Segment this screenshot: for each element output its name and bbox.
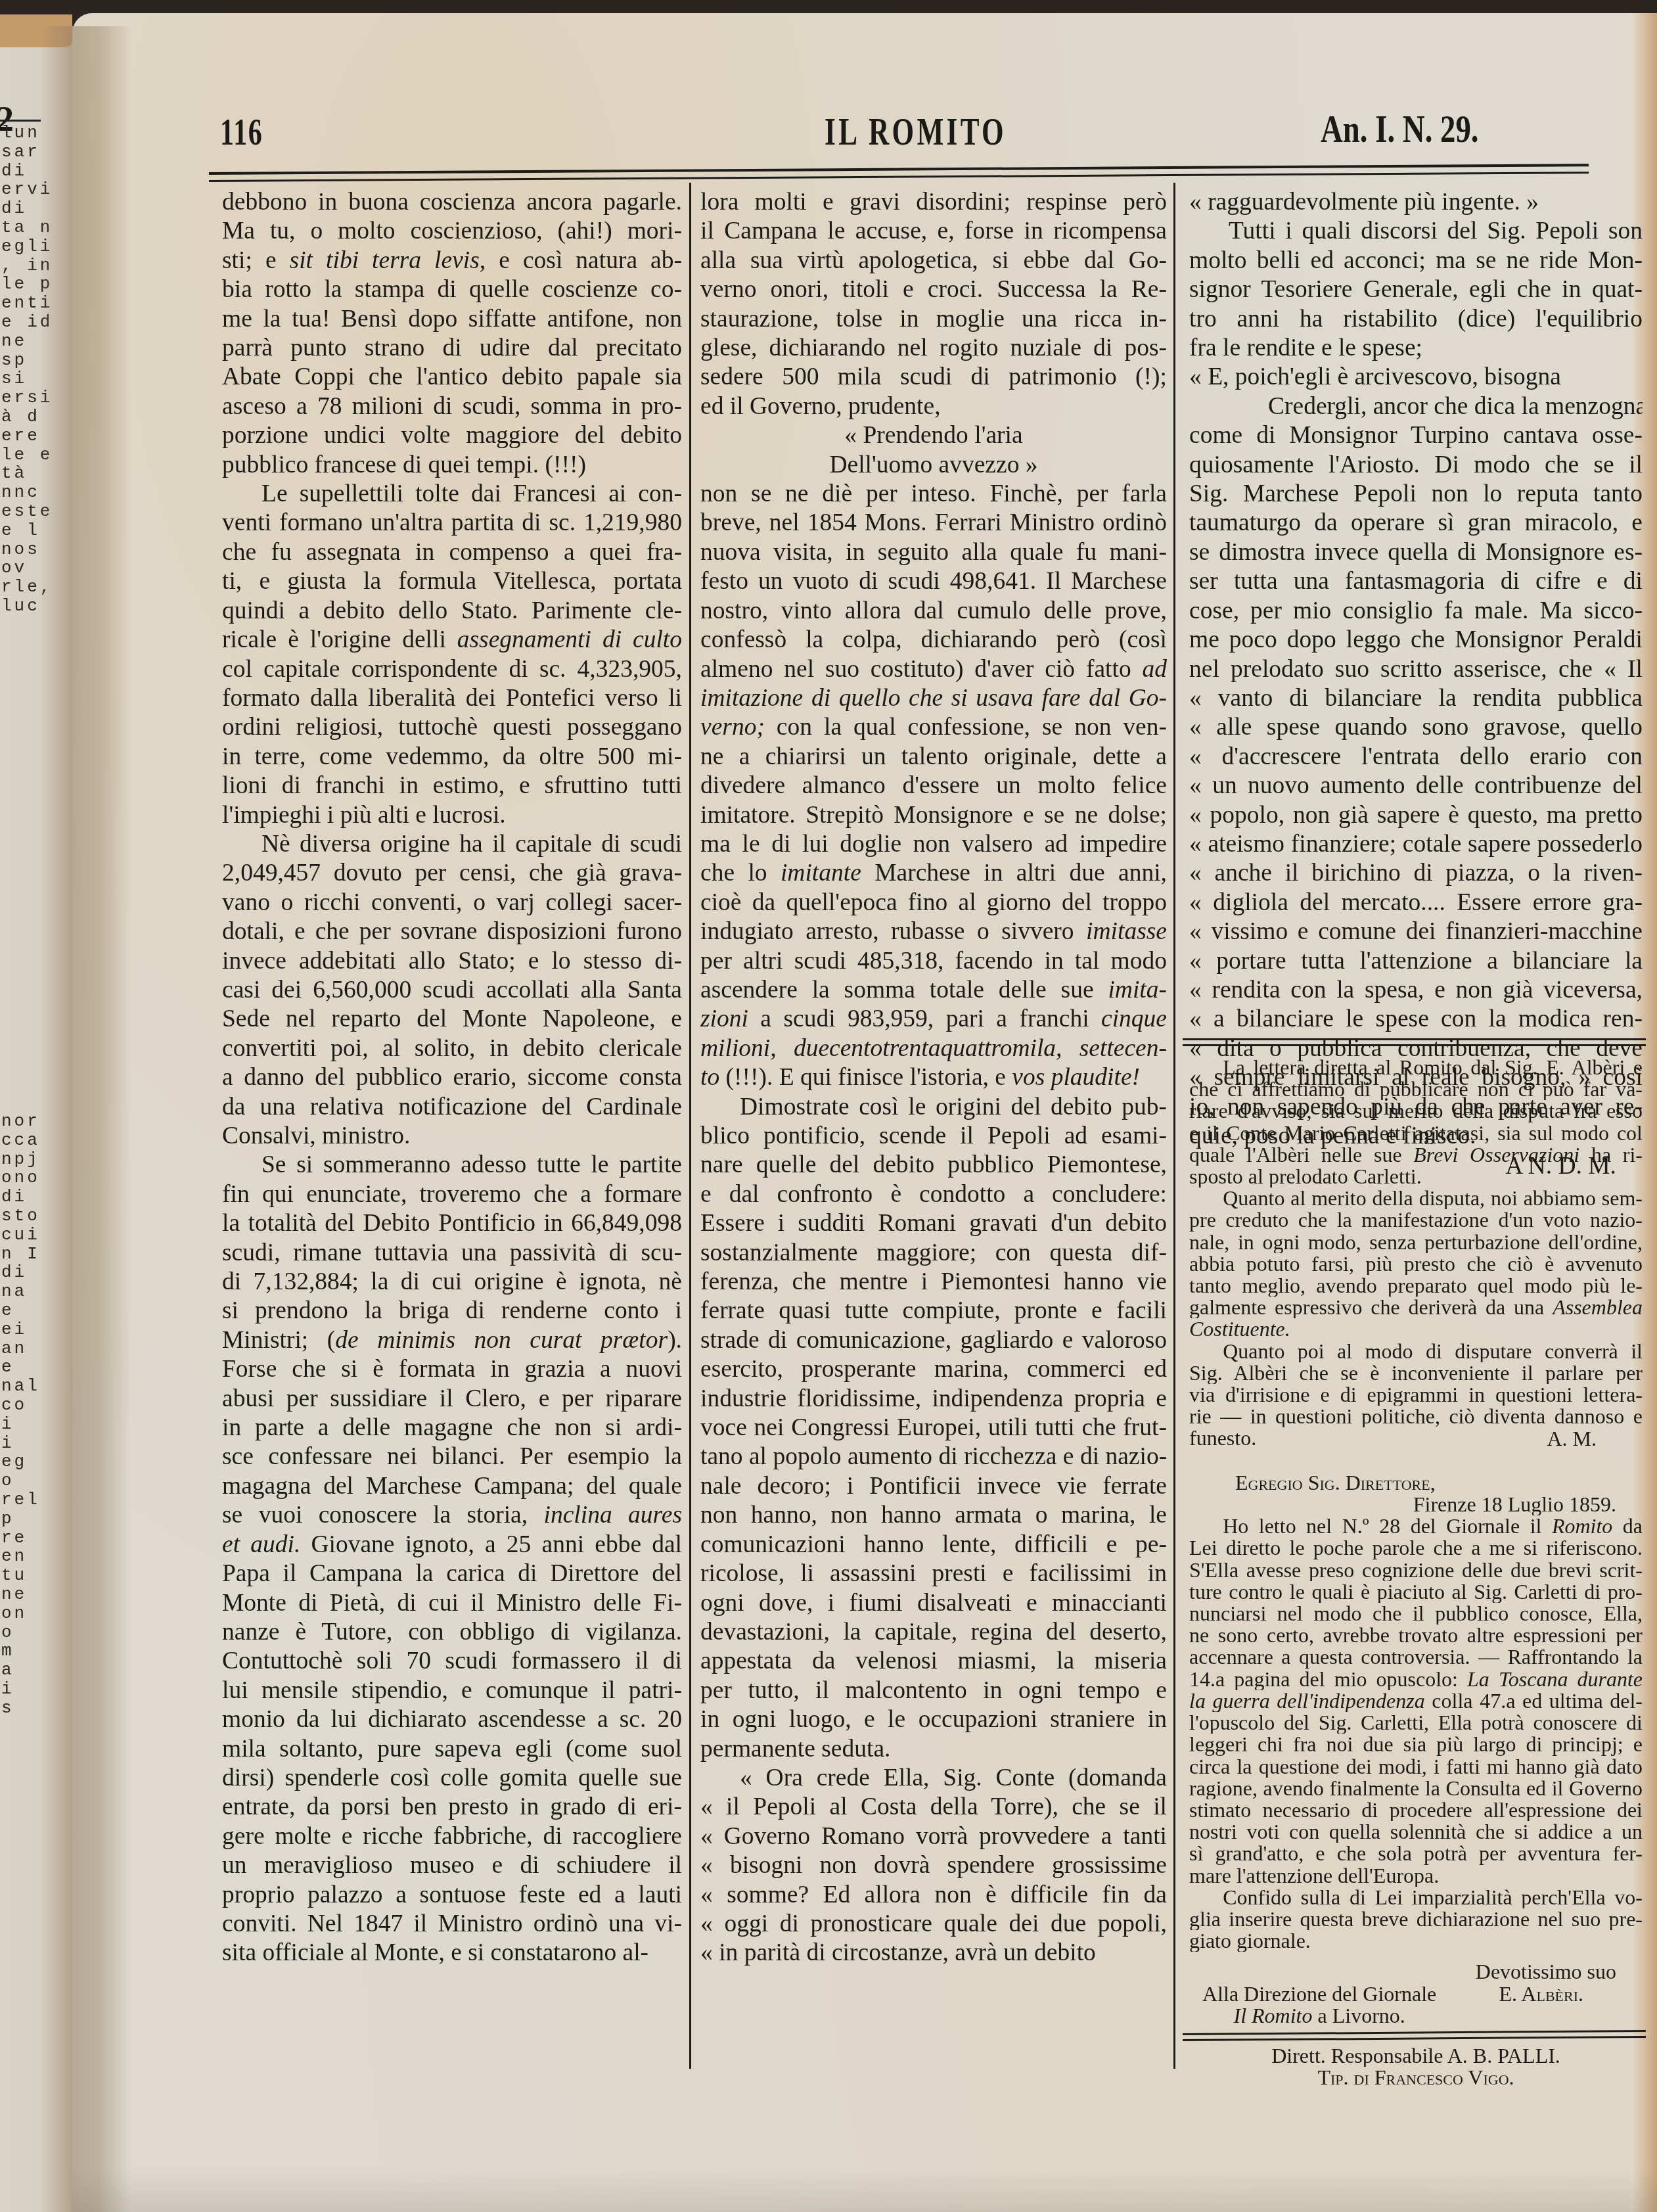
text-line: circa la questione dei modi, i fatti mi … [1189,1756,1643,1778]
text-line: ogni dove, i fiumi disalveati e minaccia… [700,1589,1167,1618]
text: a scudi 983,959, pari a franchi [748,1005,1101,1032]
text: Contuttochè soli 70 scudi formassero il … [222,1647,682,1674]
text-line: confessò la colpa, dichiarando però (cos… [700,626,1167,655]
text: sedere 500 mila scudi di patrimonio (!); [700,363,1167,390]
text: indugiato arresto, rubasse o sivvero [700,918,1086,945]
text: che lo [700,860,781,887]
text: galmente espressivo che deriverà da una [1189,1297,1553,1318]
text: « in parità di circostanze, avrà un debi… [700,1939,1096,1966]
text-line: strade di comunicazione, gagliardo e val… [700,1326,1167,1355]
text: tano al popolo aumento di ricchezza e di… [700,1443,1167,1470]
text: tanto meglio, avendo preparato quel modo… [1189,1275,1643,1297]
text: via d'irrisione e di epigrammi in questi… [1189,1384,1643,1406]
address-line-2: Il Romito a Livorno. [1202,2005,1436,2027]
text: che fu assegnata in compenso a quei fra- [222,539,682,566]
text: mare l'attenzione dell'Europa. [1189,1865,1439,1887]
letter-closing: Devotissimo suo [1189,1961,1643,1983]
text: ma le di lui doglie non valsero ad imped… [700,831,1167,858]
text-line: non se ne diè per inteso. Finchè, per fa… [700,480,1167,509]
text: parrà punto strano di udire dal precitat… [222,334,682,361]
text: confessò la colpa, dichiarando però (cos… [700,626,1167,653]
text: esercito, prosperante marina, commerci e… [700,1356,1167,1383]
text-line: come di Monsignor Turpino cantava osse- [1189,421,1643,450]
editorial-signature: A. M. [1189,1428,1643,1450]
text: Papa il Campana la carica di Direttore d… [222,1560,682,1587]
text-line: taumaturgo da operare sì gran miracolo, … [1189,509,1643,538]
text: conviti. Nel 1847 il Ministro ordinò una… [222,1910,682,1937]
text: industrie floridissime, indipendenza pro… [700,1385,1167,1412]
text-line: glese, dichiarando nel rogito nuziale di… [700,334,1167,363]
text-line: « portare tutta l'attenzione a bilanciar… [1189,947,1643,976]
column-right: « ragguardevolmente più ingente. »Tutti … [1189,188,1643,1182]
text: ha ri- [1579,1144,1643,1166]
text: da una relativa notificazione del Cardin… [222,1094,682,1120]
text: Sede nel reparto del Monte Napoleone, e [222,1005,682,1032]
text-line: permanente seduta. [700,1735,1167,1764]
text: in terre, come vedemmo, da oltre 500 mi- [222,743,682,770]
text-line: entrate, da porsi ben presto in grado di… [222,1793,682,1822]
text: sostanzialmente maggiore; con questa dif… [700,1239,1167,1266]
italic-text: inclina aures [544,1502,682,1529]
text: cose, per mio consiglio fa male. Ma sicc… [1189,597,1643,624]
text-line: ture contro le quali è piaciuto al Sig. … [1189,1581,1643,1603]
text: entrate, da porsi ben presto in grado di… [222,1793,682,1820]
text: Giovane ignoto, a 25 anni ebbe dal [300,1531,682,1558]
text-line: Lei diretto le poche parole che a me si … [1189,1537,1643,1559]
text-line: « Ora crede Ella, Sig. Conte (domanda [700,1764,1167,1793]
letter-address: Alla Direzione del Giornale Il Romito a … [1202,1983,1436,2027]
text: nare quelle del debito pubblico Piemonte… [700,1151,1167,1178]
text-line: dotali, e che per sovrane disposizioni f… [222,917,682,946]
text-line: sce confessare nei bilanci. Per esempio … [222,1442,682,1471]
italic-text: la guerra dell'indipendenza [1189,1690,1425,1712]
text: nanze è Tutore, con obbligo di vigilanza… [222,1619,682,1646]
text: « digliola del mercato.... Essere errore… [1189,889,1643,916]
text: « alle spese quando sono gravose, quello [1189,714,1643,741]
text-line: ragione, avendo finalmente la Consulta e… [1189,1778,1643,1799]
italic-text: milioni, duecentotrentaquattromila, sett… [700,1035,1167,1062]
text: colla 47.a ed ultima del- [1425,1690,1643,1712]
text-line: asceso a 78 milioni di scudi, somma in p… [222,392,682,421]
text-line: « il Pepoli al Costa della Torre), che s… [700,1793,1167,1822]
text-line: pubblico francese di quei tempi. (!!!) [222,451,682,480]
italic-text: ad [1143,656,1168,683]
text: « Ora crede Ella, Sig. Conte (domanda [740,1764,1167,1791]
letter-dateline: Firenze 18 Luglio 1859. [1189,1494,1643,1515]
text: sì grand'atto, e che sola potrà per avve… [1189,1843,1643,1864]
text: porzione undici volte maggiore del debit… [222,422,682,449]
text-line: S'Ella avesse preso cognizione delle due… [1189,1559,1643,1581]
text: sposto al prelodato Carletti. [1189,1166,1422,1187]
text-line: ascendere la somma totale delle sue imit… [700,976,1167,1005]
text: Ho letto nel N.º 28 del Giornale il [1223,1515,1552,1537]
text: venti formano un'altra partita di sc. 1,… [222,509,682,536]
text: che ci affrettiamo di pubblicare non ci … [1189,1078,1643,1100]
text: convertiti poi, al solito, in debito cle… [222,1035,682,1062]
text-line: nunciarsi nel modo che il pubblico conos… [1189,1603,1643,1624]
text: vano o ricchi conventi, o varj collegi s… [222,889,682,916]
text-line: « d'accrescere l'entrata dello erario co… [1189,743,1643,772]
text: ture contro le quali è piaciuto al Sig. … [1189,1581,1643,1603]
text: e dal confronto è condotto a concludere: [700,1181,1167,1208]
text-line: ser tutta una fantasmagoria di cifre e d… [1189,567,1643,596]
text-line: se vuoi conoscere la storia, inclina aur… [222,1501,682,1530]
text-line: et audi. Giovane ignoto, a 25 anni ebbe … [222,1531,682,1559]
text: verno onori, titoli e croci. Successa la… [700,276,1167,303]
text: di 7,132,884; la di cui origine è ignota… [222,1268,682,1295]
text: da [1612,1515,1643,1537]
text: Monte di Pietà, di cui il Ministro delle… [222,1590,682,1617]
text-line: sita officiale al Monte, e si constataro… [222,1939,682,1968]
text-line: breve, nel 1854 Mons. Ferrari Ministro o… [700,509,1167,538]
text: come di Monsignor Turpino cantava osse- [1189,422,1643,449]
text: Forse che si è formata in grazia a nuovi [222,1356,682,1383]
text: « popolo, non già sapere è questo, ma pr… [1189,802,1643,829]
text: stimato necessario di procedere all'espr… [1189,1799,1643,1821]
text: a danno del pubblico erario, siccome con… [222,1064,682,1091]
text-line: lui mensile stipendio, e comunque il pat… [222,1676,682,1705]
text-line: 14.a pagina del mio opuscolo: La Toscana… [1189,1669,1643,1690]
text: proprio palazzo a sontuose feste ed a la… [222,1881,682,1908]
text-line: indugiato arresto, rubasse o sivvero imi… [700,917,1167,946]
text-line: milioni, duecentotrentaquattromila, sett… [700,1034,1167,1063]
text-line: appestata da velenosi miasmi, la miseria [700,1647,1167,1676]
text: giato giornale. [1189,1930,1311,1952]
text-line: cose, per mio consiglio fa male. Ma sicc… [1189,597,1643,626]
text: me la tua! Bensì dopo siffatte antifone,… [222,306,682,333]
text: dirsi) spenderle così colle gomita quell… [222,1764,682,1791]
text: l'opuscolo del Sig. Carletti, Ella potrà… [1189,1712,1643,1734]
text-line: to (!!!). E qui finisce l'istoria, e vos… [700,1063,1167,1092]
text: festo un vuoto di scudi 498,641. Il Marc… [700,568,1167,595]
column-divider [689,183,691,2069]
text: riare d'avviso, sia sul merito della dis… [1189,1100,1643,1122]
text-line: proprio palazzo a sontuose feste ed a la… [222,1881,682,1910]
text: se dimostra invece quella di Monsignore … [1189,539,1643,566]
issue-number: An. I. N. 29. [1321,106,1479,152]
text-line: Sig. Albèri che se è inconveniente il pa… [1189,1362,1643,1384]
text: per tutto, il malcontento in ogni tempo … [700,1677,1167,1704]
text-line: dirsi) spenderle così colle gomita quell… [222,1764,682,1793]
text: « bisogni non dovrà spendere grossissime [700,1852,1167,1879]
text-line: sì grand'atto, e che sola potrà per avve… [1189,1843,1643,1864]
text-line: lora molti e gravi disordini; respinse p… [700,188,1167,217]
text-line: debbono in buona coscienza ancora pagarl… [222,188,682,217]
text-line: ti, e giusta la formula Vitellesca, port… [222,567,682,596]
text: me poco dopo leggo che Monsignor Peraldi [1189,626,1643,653]
text-line: Le supellettili tolte dai Francesi ai co… [222,480,682,509]
letter-footer: Alla Direzione del Giornale Il Romito a … [1189,1983,1643,2027]
text: quindi a debito dello Stato. Parimente c… [222,597,682,624]
text-line: Essere i sudditi Romani gravati d'un deb… [700,1209,1167,1238]
text-line: che lo imitante Marchese in altri due an… [700,859,1167,888]
text-line: verno onori, titoli e croci. Successa la… [700,275,1167,304]
text-line: Se si sommeranno adesso tutte le partite [222,1151,682,1180]
text-line: Monte di Pietà, di cui il Ministro delle… [222,1589,682,1618]
text-line: sti; e sit tibi terra levis, e così natu… [222,246,682,275]
text: permanente seduta. [700,1736,890,1763]
text-line: « vanto di bilanciare la rendita pubblic… [1189,684,1643,713]
text: quale l'Albèri nelle sue [1189,1144,1413,1166]
italic-text: sit tibi terra levis, [290,247,486,274]
text-line: cioè da quell'epoca fino al giorno del t… [700,888,1167,917]
text-line: Abate Coppi che l'antico debito papale s… [222,363,682,392]
text-line: lioni di franchi in estimo, e sfruttino … [222,772,682,800]
text-line: imitazione di quello che si usava fare d… [700,684,1167,713]
text-line: ed il Governo, prudente, [700,392,1167,421]
text-line: Ho letto nel N.º 28 del Giornale il Romi… [1189,1515,1643,1537]
text-line: « in parità di circostanze, avrà un debi… [700,1939,1167,1968]
text: « ateismo finanziere; cotale sapere poss… [1189,831,1643,858]
text-line: se dimostra invece quella di Monsignore … [1189,538,1643,567]
text-line: e dal confronto è condotto a concludere: [700,1180,1167,1209]
text: Ma tu, o molto coscienzioso, (ahi!) mori… [222,218,682,244]
text-line: « ragguardevolmente più ingente. » [1189,188,1643,217]
text-line: Confido sulla di Lei imparzialità perch'… [1189,1887,1643,1908]
text: l'impieghi i più alti e lucrosi. [222,802,506,829]
text: e così natura ab- [486,247,682,274]
text: ser tutta una fantasmagoria di cifre e d… [1189,568,1643,595]
text-line: nostro, vinto allora dal cumulo delle pr… [700,597,1167,626]
text-line: convertiti poi, al solito, in debito cle… [222,1034,682,1063]
text: ordini religiosi, tuttochè questi posseg… [222,714,682,741]
text: (!!!). E qui finisce l'istoria, e [719,1064,1012,1091]
text-line: comunicazioni hanno lente, difficili e p… [700,1531,1167,1559]
text: nunciarsi nel modo che il pubblico conos… [1189,1603,1643,1624]
text: casi dei 6,560,000 scudi accollati alla … [222,977,682,1003]
text: ogni dove, i fiumi disalveati e minaccia… [700,1590,1167,1617]
text-line: nel prelodato suo scritto asserisce, che… [1189,655,1643,684]
text: 2,049,457 dovuto per censi, che già grav… [222,860,682,887]
text: Confido sulla di Lei imparzialità perch'… [1223,1887,1643,1908]
text: Nè diversa origine ha il capitale di scu… [261,831,682,858]
address-newspaper-name: Il Romito [1234,2004,1313,2027]
italic-text: La Toscana durante [1467,1669,1643,1690]
text-line: nale decoro; i Pontificii invece vie fer… [700,1472,1167,1501]
text-line: non hanno, non hanno armata o marina, le [700,1501,1167,1530]
text: accennare a questa controversia. — Raffr… [1189,1646,1643,1668]
text: imitatore. Strepitò Monsignore e se ne d… [700,802,1167,829]
text: lora molti e gravi disordini; respinse p… [700,189,1167,216]
text: almeno nel suo costituto) d'aver ciò fat… [700,656,1143,683]
text: pubblico francese di quei tempi. (!!!) [222,451,586,478]
text: « somme? Ed allora non è difficile fin d… [700,1881,1167,1908]
text-line: in ogni luogo, e le occupazioni stranier… [700,1705,1167,1734]
text-line: per tutto, il malcontento in ogni tempo … [700,1676,1167,1705]
text-line: ne a chiarirsi un talento originale, det… [700,743,1167,772]
text: formato dalla liberalità dei Pontefici v… [222,685,682,712]
text-line: Costituente. [1189,1318,1643,1340]
italic-text: imita- [1108,977,1167,1003]
text: ricale è l'origine delli [222,626,457,653]
text-line: casi dei 6,560,000 scudi accollati alla … [222,976,682,1005]
text-line: Credergli, ancor che dica la menzogna, » [1189,392,1643,421]
text-line: in parte a delle magagne che non si ardi… [222,1414,682,1442]
text: invece addebitati allo Stato; e lo stess… [222,948,682,975]
text: Quanto poi al modo di disputare converrà… [1223,1341,1643,1362]
text: ricolose, li assassini presti e faciliss… [700,1560,1167,1587]
text-line: ma le di lui doglie non valsero ad imped… [700,830,1167,859]
imprint-director: Dirett. Responsabile A. B. PALLI. [1189,2045,1643,2067]
text: abbia potuto farsi, più presto che ciò è… [1189,1253,1643,1275]
italic-text: et audi. [222,1531,300,1558]
text-line: la totalità del Debito Pontificio in 66,… [222,1209,682,1238]
text-line: « un nuovo aumento delle contribuenze de… [1189,772,1643,800]
text-line: « rendita con la spesa, e non già viceve… [1189,976,1643,1005]
text-line: quale l'Albèri nelle sue Brevi Osservazi… [1189,1144,1643,1166]
text: molto belli ed acconci; ma se ne ride Mo… [1189,247,1643,274]
italic-text: cinque [1101,1005,1167,1032]
text: si prendono la briga di renderne conto i [222,1297,682,1324]
text-line: sposto al prelodato Carletti. [1189,1166,1643,1187]
text-line: industrie floridissime, indipendenza pro… [700,1385,1167,1414]
text-line: 2,049,457 dovuto per censi, che già grav… [222,859,682,888]
text-line: galmente espressivo che deriverà da una … [1189,1297,1643,1318]
text-line: « ateismo finanziere; cotale sapere poss… [1189,830,1643,859]
text-line: « bisogni non dovrà spendere grossissime [700,1851,1167,1880]
text-line: via d'irrisione e di epigrammi in questi… [1189,1384,1643,1406]
text-line: un meraviglioso museo e di schiudere il [222,1851,682,1880]
italic-text: imitante [781,860,861,887]
italic-text: Assemblea [1553,1297,1643,1318]
text: quiosamente l'Ariosto. Di modo che se il [1189,451,1643,478]
article-continuation: « ragguardevolmente più ingente. »Tutti … [1189,188,1643,1151]
italic-text: assegnamenti di culto [457,626,682,653]
text: breve, nel 1854 Mons. Ferrari Ministro o… [700,509,1167,536]
section-double-rule [1183,1038,1646,1046]
text: « anche il birichino di piazza, o la riv… [1189,860,1643,887]
italic-text: Brevi Osservazioni [1413,1144,1579,1166]
text: « d'accrescere l'entrata dello erario co… [1189,743,1643,770]
text: « Prendendo l'aria [844,422,1022,449]
text: un meraviglioso museo e di schiudere il [222,1852,682,1879]
text: Tutti i quali discorsi del Sig. Pepoli s… [1229,218,1643,244]
text-line: imitatore. Strepitò Monsignore e se ne d… [700,801,1167,830]
text-line: quindi a debito dello Stato. Parimente c… [222,597,682,626]
text: gere molte e ricche fabbriche, di raccog… [222,1823,682,1850]
text: in ogni luogo, e le occupazioni stranier… [700,1706,1167,1733]
text: bia rotto la stampa di quelle coscienze … [222,276,682,303]
text: cioè da quell'epoca fino al giorno del t… [700,889,1167,916]
text-line: che fu assegnata in compenso a quei fra- [222,538,682,567]
text: ferrate quasi tutte compiute, pronte e f… [700,1297,1167,1324]
text: Le supellettili tolte dai Francesi ai co… [261,480,682,507]
text-line: « anche il birichino di piazza, o la riv… [1189,859,1643,888]
text-line: glia inserire questa breve dichiarazione… [1189,1908,1643,1930]
text: Consalvi, ministro. [222,1122,410,1149]
text: in parte a delle magagne che non si ardi… [222,1414,682,1441]
text: glia inserire questa breve dichiarazione… [1189,1908,1643,1930]
text-line: riare d'avviso, sia sul merito della dis… [1189,1100,1643,1122]
text-line: molto belli ed acconci; ma se ne ride Mo… [1189,246,1643,275]
text-line: abusi per sussidiare il Clero, e per rip… [222,1385,682,1414]
text: ne a chiarirsi un talento originale, det… [700,743,1167,770]
text: Credergli, ancor che dica la menzogna, » [1268,393,1643,420]
italic-text: Romito [1552,1515,1612,1537]
imprint: Dirett. Responsabile A. B. PALLI. Tip. d… [1189,2045,1643,2088]
text-line: abbia potuto farsi, più presto che ciò è… [1189,1253,1643,1275]
text-line: nostri voti con quella solennità che si … [1189,1821,1643,1843]
text-line: voce nei Congressi Europei, utili tutti … [700,1414,1167,1442]
text: fra le rendite e le spese; [1189,334,1422,361]
text-line: magagna del Marchese Campana; del quale [222,1472,682,1501]
text: non se ne diè per inteso. Finchè, per fa… [700,480,1167,507]
text: ). [668,1327,682,1354]
italic-text: verno; [700,714,765,741]
address-line-1: Alla Direzione del Giornale [1202,1983,1436,2005]
text: lioni di franchi in estimo, e sfruttino … [222,772,682,799]
text-line: « Prendendo l'aria [700,421,1167,450]
text: « ragguardevolmente più ingente. » [1189,189,1539,216]
text: Ministri; ( [222,1327,335,1354]
text: « vissimo e comune dei finanzieri-macchi… [1189,918,1643,945]
text-line: La lettera diretta al Romito dal Sig. E.… [1189,1057,1643,1078]
text-line: « vissimo e comune dei finanzieri-macchi… [1189,917,1643,946]
text: alla sua virtù apologetica, si ebbe dal … [700,247,1167,274]
text: non hanno, non hanno armata o marina, le [700,1502,1167,1529]
text-line: vano o ricchi conventi, o varj collegi s… [222,888,682,917]
text: sti; e [222,247,290,274]
text: nale, in ogni modo, senza perturbazione … [1189,1232,1643,1253]
text-line: me la tua! Bensì dopo siffatte antifone,… [222,305,682,334]
text: nostro, vinto allora dal cumulo delle pr… [700,597,1167,624]
text-line: in terre, come vedemmo, da oltre 500 mi- [222,743,682,772]
text-line: Ma tu, o molto coscienzioso, (ahi!) mori… [222,217,682,246]
binding-gutter-shadow [39,26,131,2212]
text-line: scudi, rimane tuttavia una passività di … [222,1239,682,1268]
text: devastazioni, la capitale, regina del de… [700,1619,1167,1646]
imprint-printer: Tip. di Francesco Vigo. [1189,2067,1643,2088]
text: « portare tutta l'attenzione a bilanciar… [1189,948,1643,975]
text: per altri scudi 485,318, facendo in tal … [700,948,1167,975]
text-line: di 7,132,884; la di cui origine è ignota… [222,1268,682,1297]
text: Abate Coppi che l'antico debito papale s… [222,363,682,390]
text: con la qual confessione, se non ven- [765,714,1167,741]
text-line: Consalvi, ministro. [222,1122,682,1151]
text: tro anni ha ristabilito (dice) l'equilib… [1189,306,1643,333]
text-line: divedere almanco d'essere un molto felic… [700,772,1167,800]
text: sita officiale al Monte, e si constataro… [222,1939,648,1966]
text: pre creduto che la manifestazione d'un v… [1189,1209,1643,1231]
text: se vuoi conoscere la storia, [222,1502,544,1529]
text-line: gere molte e ricche fabbriche, di raccog… [222,1822,682,1851]
text-line: giato giornale. [1189,1930,1643,1952]
text-line: nale, in ogni modo, senza perturbazione … [1189,1232,1643,1253]
text-line: da una relativa notificazione del Cardin… [222,1093,682,1122]
text-line: si prendono la briga di renderne conto i [222,1297,682,1325]
text: « un nuovo aumento delle contribuenze de… [1189,772,1643,799]
text: debbono in buona coscienza ancora pagarl… [222,189,682,216]
text-line: sedere 500 mila scudi di patrimonio (!); [700,363,1167,392]
text: fin qui enunciate, troveremo che a forma… [222,1181,682,1208]
text: ne sono certo, avrebbe trovato altre esp… [1189,1624,1643,1646]
text: Dell'uomo avvezzo » [829,451,1037,478]
text: ascendere la somma totale delle sue [700,977,1108,1003]
text-line: venti formano un'altra partita di sc. 1,… [222,509,682,538]
text: voce nei Congressi Europei, utili tutti … [700,1414,1167,1441]
text: La lettera diretta al Romito dal Sig. E.… [1223,1057,1643,1078]
letter-signature: E. Albèri. [1499,1983,1603,2027]
page-number: 116 [220,112,263,154]
text-line: il Campana le accuse, e, forse in ricomp… [700,217,1167,246]
text: « a bilanciare le spese con la modica re… [1189,1005,1643,1032]
text-line: Dimostrate così le origini del debito pu… [700,1093,1167,1122]
text: « vanto di bilanciare la rendita pubblic… [1189,685,1643,712]
text: divedere almanco d'essere un molto felic… [700,772,1167,799]
text: « rendita con la spesa, e non già viceve… [1189,977,1643,1003]
text-line: leggeri chi fra noi due sia più largo di… [1189,1734,1643,1755]
text: nostri voti con quella solennità che si … [1189,1821,1643,1843]
